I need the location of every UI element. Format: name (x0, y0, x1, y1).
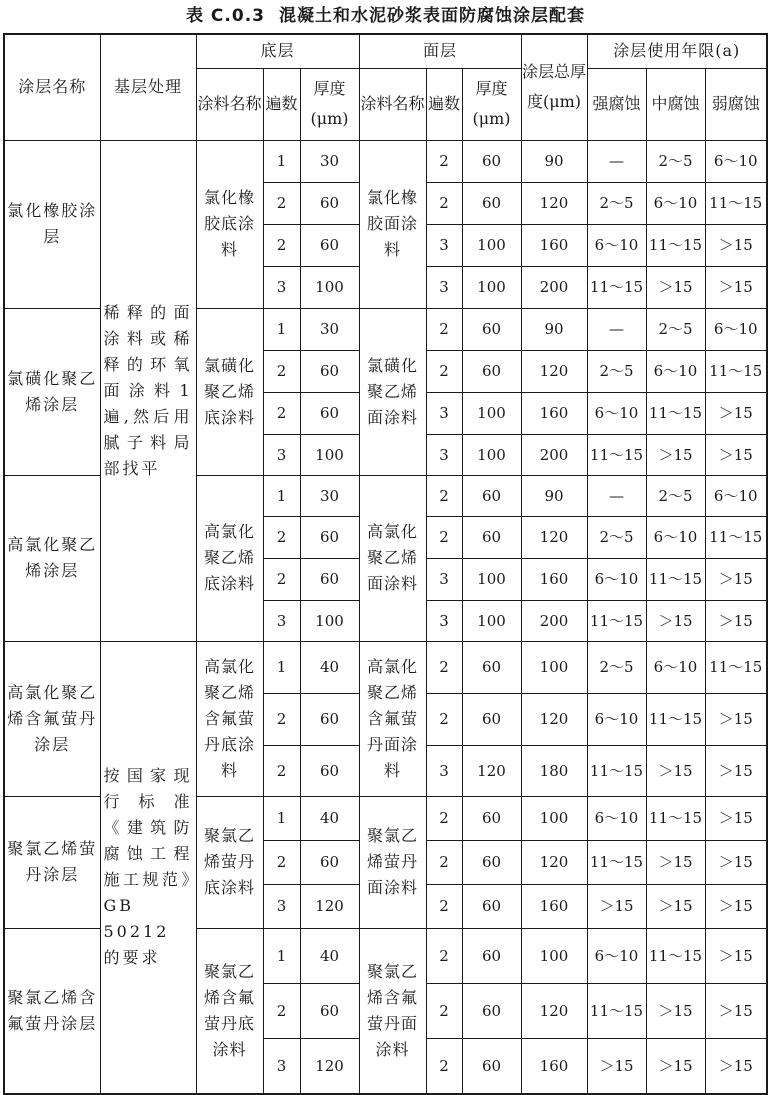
life-strong-cell: 6～10 (587, 392, 646, 434)
life-strong-cell: 11～15 (587, 434, 646, 475)
primer-name-cell: 氯磺化聚乙烯底涂料 (196, 308, 263, 475)
life-medium-cell: 6～10 (646, 350, 705, 392)
topcoat-coats-cell: 2 (426, 641, 462, 693)
life-medium-cell: 6～10 (646, 516, 705, 558)
life-weak-cell: ＞15 (705, 745, 767, 796)
header-total-thickness: 涂层总厚度(μm) (521, 34, 587, 140)
topcoat-coats-cell: 2 (426, 308, 462, 350)
topcoat-thickness-cell: 100 (462, 266, 521, 308)
header-top-coats: 遍数 (426, 68, 462, 140)
life-strong-cell: — (587, 308, 646, 350)
primer-name-cell: 聚氯乙烯萤丹底涂料 (196, 796, 263, 928)
primer-thickness-cell: 120 (300, 1038, 359, 1094)
primer-thickness-cell: 100 (300, 266, 359, 308)
life-medium-cell: ＞15 (646, 745, 705, 796)
primer-coats-cell: 1 (263, 308, 300, 350)
topcoat-coats-cell: 2 (426, 884, 462, 928)
life-weak-cell: ＞15 (705, 796, 767, 840)
total-thickness-cell: 100 (521, 796, 587, 840)
topcoat-name-cell: 氯化橡胶面涂料 (359, 140, 426, 308)
primer-thickness-cell: 30 (300, 140, 359, 182)
life-strong-cell: 2～5 (587, 182, 646, 224)
life-weak-cell: ＞15 (705, 392, 767, 434)
total-thickness-cell: 200 (521, 434, 587, 475)
topcoat-coats-cell: 2 (426, 1038, 462, 1094)
primer-thickness-cell: 40 (300, 796, 359, 840)
life-strong-cell: 11～15 (587, 266, 646, 308)
life-medium-cell: ＞15 (646, 884, 705, 928)
header-primer-paint-name: 涂料名称 (196, 68, 263, 140)
life-weak-cell: ＞15 (705, 928, 767, 983)
primer-thickness-cell: 30 (300, 308, 359, 350)
primer-thickness-cell: 60 (300, 392, 359, 434)
total-thickness-cell: 120 (521, 350, 587, 392)
topcoat-thickness-cell: 60 (462, 140, 521, 182)
life-strong-cell: 11～15 (587, 983, 646, 1038)
life-medium-cell: 11～15 (646, 392, 705, 434)
primer-coats-cell: 1 (263, 475, 300, 516)
topcoat-coats-cell: 2 (426, 693, 462, 745)
topcoat-coats-cell: 3 (426, 434, 462, 475)
topcoat-coats-cell: 3 (426, 558, 462, 600)
coating-name-cell: 高氯化聚乙烯涂层 (4, 475, 100, 641)
life-strong-cell: 6～10 (587, 558, 646, 600)
primer-coats-cell: 2 (263, 182, 300, 224)
topcoat-thickness-cell: 60 (462, 884, 521, 928)
topcoat-thickness-cell: 60 (462, 308, 521, 350)
total-thickness-cell: 90 (521, 140, 587, 182)
life-weak-cell: ＞15 (705, 600, 767, 641)
topcoat-coats-cell: 3 (426, 224, 462, 266)
life-medium-cell: 6～10 (646, 641, 705, 693)
primer-coats-cell: 2 (263, 350, 300, 392)
topcoat-thickness-cell: 60 (462, 350, 521, 392)
life-medium-cell: 11～15 (646, 928, 705, 983)
life-medium-cell: 6～10 (646, 182, 705, 224)
total-thickness-cell: 180 (521, 745, 587, 796)
coating-spec-table: 涂层名称 基层处理 底层 面层 涂层总厚度(μm) 涂层使用年限(a) 涂料名称… (3, 33, 768, 1095)
header-base-treatment: 基层处理 (100, 34, 196, 140)
header-medium-corrosion: 中腐蚀 (646, 68, 705, 140)
life-strong-cell: 6～10 (587, 796, 646, 840)
total-thickness-cell: 90 (521, 475, 587, 516)
primer-thickness-cell: 60 (300, 558, 359, 600)
life-weak-cell: ＞15 (705, 840, 767, 884)
table-title: 表 C.0.3混凝土和水泥砂浆表面防腐蚀涂层配套 (0, 2, 771, 30)
life-medium-cell: 2～5 (646, 475, 705, 516)
primer-thickness-cell: 30 (300, 475, 359, 516)
life-weak-cell: ＞15 (705, 558, 767, 600)
primer-thickness-cell: 60 (300, 350, 359, 392)
primer-thickness-cell: 60 (300, 693, 359, 745)
header-row-1: 涂层名称 基层处理 底层 面层 涂层总厚度(μm) 涂层使用年限(a) (4, 34, 767, 68)
topcoat-thickness-cell: 60 (462, 182, 521, 224)
life-medium-cell: 11～15 (646, 558, 705, 600)
total-thickness-cell: 160 (521, 558, 587, 600)
topcoat-thickness-cell: 100 (462, 392, 521, 434)
topcoat-coats-cell: 3 (426, 392, 462, 434)
total-thickness-cell: 200 (521, 600, 587, 641)
life-medium-cell: 2～5 (646, 308, 705, 350)
life-weak-cell: ＞15 (705, 266, 767, 308)
life-strong-cell: 6～10 (587, 928, 646, 983)
primer-thickness-cell: 60 (300, 745, 359, 796)
life-weak-cell: ＞15 (705, 1038, 767, 1094)
base-treatment-cell: 按国家现行标准《建筑防腐蚀工程施工规范》GB 50212 的要求 (100, 641, 196, 1094)
topcoat-name-cell: 高氯化聚乙烯含氟萤丹面涂料 (359, 641, 426, 796)
coating-name-cell: 聚氯乙烯含氟萤丹涂层 (4, 928, 100, 1094)
topcoat-coats-cell: 2 (426, 983, 462, 1038)
topcoat-name-cell: 高氯化聚乙烯面涂料 (359, 475, 426, 641)
topcoat-thickness-cell: 100 (462, 434, 521, 475)
topcoat-coats-cell: 2 (426, 516, 462, 558)
topcoat-coats-cell: 3 (426, 745, 462, 796)
total-thickness-cell: 160 (521, 392, 587, 434)
total-thickness-cell: 160 (521, 884, 587, 928)
total-thickness-cell: 120 (521, 182, 587, 224)
topcoat-thickness-cell: 60 (462, 983, 521, 1038)
life-medium-cell: 11～15 (646, 796, 705, 840)
primer-thickness-cell: 120 (300, 884, 359, 928)
life-strong-cell: 6～10 (587, 693, 646, 745)
total-thickness-cell: 160 (521, 224, 587, 266)
topcoat-thickness-cell: 60 (462, 475, 521, 516)
topcoat-thickness-cell: 100 (462, 224, 521, 266)
primer-name-cell: 聚氯乙烯含氟萤丹底涂料 (196, 928, 263, 1094)
primer-name-cell: 高氯化聚乙烯含氟萤丹底涂料 (196, 641, 263, 796)
total-thickness-cell: 120 (521, 516, 587, 558)
primer-name-cell: 氯化橡胶底涂料 (196, 140, 263, 308)
header-top-thickness: 厚度(μm) (462, 68, 521, 140)
topcoat-thickness-cell: 60 (462, 693, 521, 745)
base-treatment-cell: 稀释的面涂料或稀释的环氧面涂料1遍,然后用腻子料局部找平 (100, 140, 196, 641)
table-caption: 混凝土和水泥砂浆表面防腐蚀涂层配套 (279, 6, 585, 26)
topcoat-thickness-cell: 60 (462, 1038, 521, 1094)
coating-name-cell: 氯磺化聚乙烯涂层 (4, 308, 100, 475)
topcoat-coats-cell: 2 (426, 796, 462, 840)
life-medium-cell: 11～15 (646, 224, 705, 266)
coating-name-cell: 聚氯乙烯萤丹涂层 (4, 796, 100, 928)
topcoat-thickness-cell: 60 (462, 928, 521, 983)
primer-thickness-cell: 100 (300, 600, 359, 641)
life-strong-cell: ＞15 (587, 884, 646, 928)
life-strong-cell: 11～15 (587, 840, 646, 884)
topcoat-coats-cell: 2 (426, 928, 462, 983)
primer-coats-cell: 1 (263, 796, 300, 840)
life-medium-cell: ＞15 (646, 600, 705, 641)
topcoat-coats-cell: 3 (426, 600, 462, 641)
topcoat-coats-cell: 2 (426, 840, 462, 884)
life-weak-cell: 6～10 (705, 308, 767, 350)
primer-coats-cell: 1 (263, 928, 300, 983)
header-topcoat: 面层 (359, 34, 521, 68)
topcoat-thickness-cell: 60 (462, 641, 521, 693)
header-strong-corrosion: 强腐蚀 (587, 68, 646, 140)
header-primer: 底层 (196, 34, 359, 68)
topcoat-thickness-cell: 100 (462, 558, 521, 600)
total-thickness-cell: 200 (521, 266, 587, 308)
topcoat-thickness-cell: 60 (462, 796, 521, 840)
total-thickness-cell: 120 (521, 840, 587, 884)
life-strong-cell: 2～5 (587, 516, 646, 558)
life-medium-cell: 2～5 (646, 140, 705, 182)
primer-coats-cell: 3 (263, 434, 300, 475)
total-thickness-cell: 120 (521, 693, 587, 745)
primer-thickness-cell: 40 (300, 641, 359, 693)
total-thickness-cell: 160 (521, 1038, 587, 1094)
total-thickness-cell: 120 (521, 983, 587, 1038)
primer-coats-cell: 2 (263, 392, 300, 434)
primer-thickness-cell: 40 (300, 928, 359, 983)
topcoat-coats-cell: 2 (426, 350, 462, 392)
header-primer-coats: 遍数 (263, 68, 300, 140)
header-weak-corrosion: 弱腐蚀 (705, 68, 767, 140)
life-weak-cell: ＞15 (705, 983, 767, 1038)
primer-thickness-cell: 60 (300, 516, 359, 558)
life-weak-cell: 11～15 (705, 182, 767, 224)
header-coating-name: 涂层名称 (4, 34, 100, 140)
topcoat-thickness-cell: 100 (462, 600, 521, 641)
primer-coats-cell: 1 (263, 140, 300, 182)
topcoat-coats-cell: 2 (426, 140, 462, 182)
life-medium-cell: ＞15 (646, 266, 705, 308)
topcoat-name-cell: 聚氯乙烯含氟萤丹面涂料 (359, 928, 426, 1094)
topcoat-thickness-cell: 120 (462, 745, 521, 796)
life-weak-cell: 11～15 (705, 641, 767, 693)
topcoat-thickness-cell: 60 (462, 516, 521, 558)
life-weak-cell: 11～15 (705, 516, 767, 558)
primer-coats-cell: 3 (263, 600, 300, 641)
total-thickness-cell: 100 (521, 641, 587, 693)
primer-coats-cell: 2 (263, 224, 300, 266)
table-code: 表 C.0.3 (186, 6, 265, 26)
primer-coats-cell: 3 (263, 884, 300, 928)
primer-thickness-cell: 60 (300, 983, 359, 1038)
life-medium-cell: ＞15 (646, 840, 705, 884)
primer-coats-cell: 2 (263, 516, 300, 558)
primer-coats-cell: 2 (263, 840, 300, 884)
primer-coats-cell: 2 (263, 983, 300, 1038)
life-strong-cell: 2～5 (587, 641, 646, 693)
life-strong-cell: — (587, 140, 646, 182)
table-row: 高氯化聚乙烯含氟萤丹涂层按国家现行标准《建筑防腐蚀工程施工规范》GB 50212… (4, 641, 767, 693)
primer-coats-cell: 2 (263, 745, 300, 796)
primer-coats-cell: 3 (263, 1038, 300, 1094)
table-row: 氯化橡胶涂层稀释的面涂料或稀释的环氧面涂料1遍,然后用腻子料局部找平氯化橡胶底涂… (4, 140, 767, 182)
header-top-paint-name: 涂料名称 (359, 68, 426, 140)
life-strong-cell: 2～5 (587, 350, 646, 392)
life-medium-cell: 11～15 (646, 693, 705, 745)
life-strong-cell: ＞15 (587, 1038, 646, 1094)
primer-thickness-cell: 100 (300, 434, 359, 475)
coating-name-cell: 高氯化聚乙烯含氟萤丹涂层 (4, 641, 100, 796)
topcoat-coats-cell: 2 (426, 182, 462, 224)
life-medium-cell: ＞15 (646, 1038, 705, 1094)
total-thickness-cell: 100 (521, 928, 587, 983)
life-weak-cell: ＞15 (705, 434, 767, 475)
coating-name-cell: 氯化橡胶涂层 (4, 140, 100, 308)
life-strong-cell: 6～10 (587, 224, 646, 266)
life-weak-cell: 11～15 (705, 350, 767, 392)
life-weak-cell: ＞15 (705, 224, 767, 266)
topcoat-coats-cell: 3 (426, 266, 462, 308)
primer-coats-cell: 3 (263, 266, 300, 308)
life-medium-cell: ＞15 (646, 983, 705, 1038)
life-weak-cell: ＞15 (705, 693, 767, 745)
header-service-life: 涂层使用年限(a) (587, 34, 767, 68)
primer-coats-cell: 1 (263, 641, 300, 693)
primer-thickness-cell: 60 (300, 224, 359, 266)
topcoat-name-cell: 聚氯乙烯萤丹面涂料 (359, 796, 426, 928)
life-strong-cell: 11～15 (587, 600, 646, 641)
life-medium-cell: ＞15 (646, 434, 705, 475)
topcoat-name-cell: 氯磺化聚乙烯面涂料 (359, 308, 426, 475)
primer-thickness-cell: 60 (300, 182, 359, 224)
total-thickness-cell: 90 (521, 308, 587, 350)
life-weak-cell: ＞15 (705, 884, 767, 928)
topcoat-coats-cell: 2 (426, 475, 462, 516)
life-strong-cell: — (587, 475, 646, 516)
life-strong-cell: 11～15 (587, 745, 646, 796)
primer-coats-cell: 2 (263, 693, 300, 745)
primer-name-cell: 高氯化聚乙烯底涂料 (196, 475, 263, 641)
primer-coats-cell: 2 (263, 558, 300, 600)
life-weak-cell: 6～10 (705, 475, 767, 516)
header-primer-thickness: 厚度(μm) (300, 68, 359, 140)
topcoat-thickness-cell: 60 (462, 840, 521, 884)
primer-thickness-cell: 60 (300, 840, 359, 884)
life-weak-cell: 6～10 (705, 140, 767, 182)
